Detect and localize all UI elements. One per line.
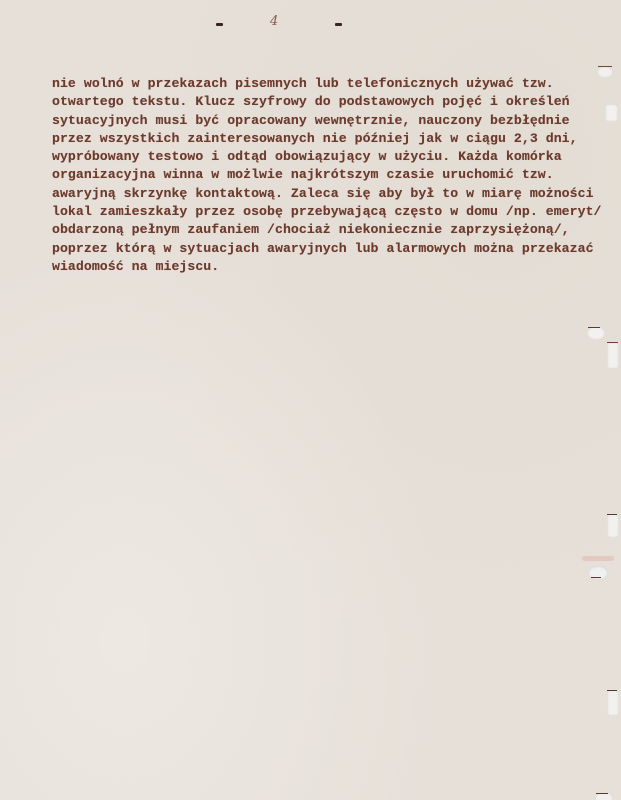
text-line: otwartego tekstu. Klucz szyfrowy do pods… [52,93,612,111]
document-page: 4 nie wolnó w przekazach pisemnych lub t… [0,0,621,800]
punch-hole [605,104,618,122]
text-line: sytuacyjnych musi być opracowany wewnętr… [52,112,612,130]
text-line: obdarzoną pełnym zaufaniem /chociaż niek… [52,221,612,239]
page-number: 4 [270,14,278,29]
text-line: organizacyjna winna w możlwie najkrótszy… [52,166,612,184]
punch-hole-edge [591,577,601,578]
page-header: 4 [0,14,621,34]
text-line: lokal zamieszkały przez osobę przebywają… [52,203,612,221]
punch-hole-edge [598,66,612,67]
ink-smudge [582,556,614,561]
typewritten-paragraph: nie wolnó w przekazach pisemnych lub tel… [52,75,612,276]
punch-hole [597,66,613,78]
punch-hole-edge [607,514,617,515]
punch-hole-edge [607,342,618,343]
punch-hole [607,342,619,369]
header-dash-right [335,23,342,26]
punch-hole [587,326,605,340]
text-line: nie wolnó w przekazach pisemnych lub tel… [52,75,612,93]
text-line: przez wszystkich zainteresowanych nie pó… [52,130,612,148]
text-line: poprzez którą w sytuacjach awaryjnych lu… [52,240,612,258]
punch-hole [607,690,619,716]
punch-hole [607,514,619,538]
header-dash-left [216,23,223,26]
text-line: wiadomość na miejscu. [52,258,612,276]
punch-hole-edge [607,690,617,691]
text-line: wypróbowany testowo i odtąd obowiązujący… [52,148,612,166]
text-line: awaryjną skrzynkę kontaktową. Zaleca się… [52,185,612,203]
punch-hole-edge [588,327,600,328]
punch-hole-edge [596,793,608,794]
